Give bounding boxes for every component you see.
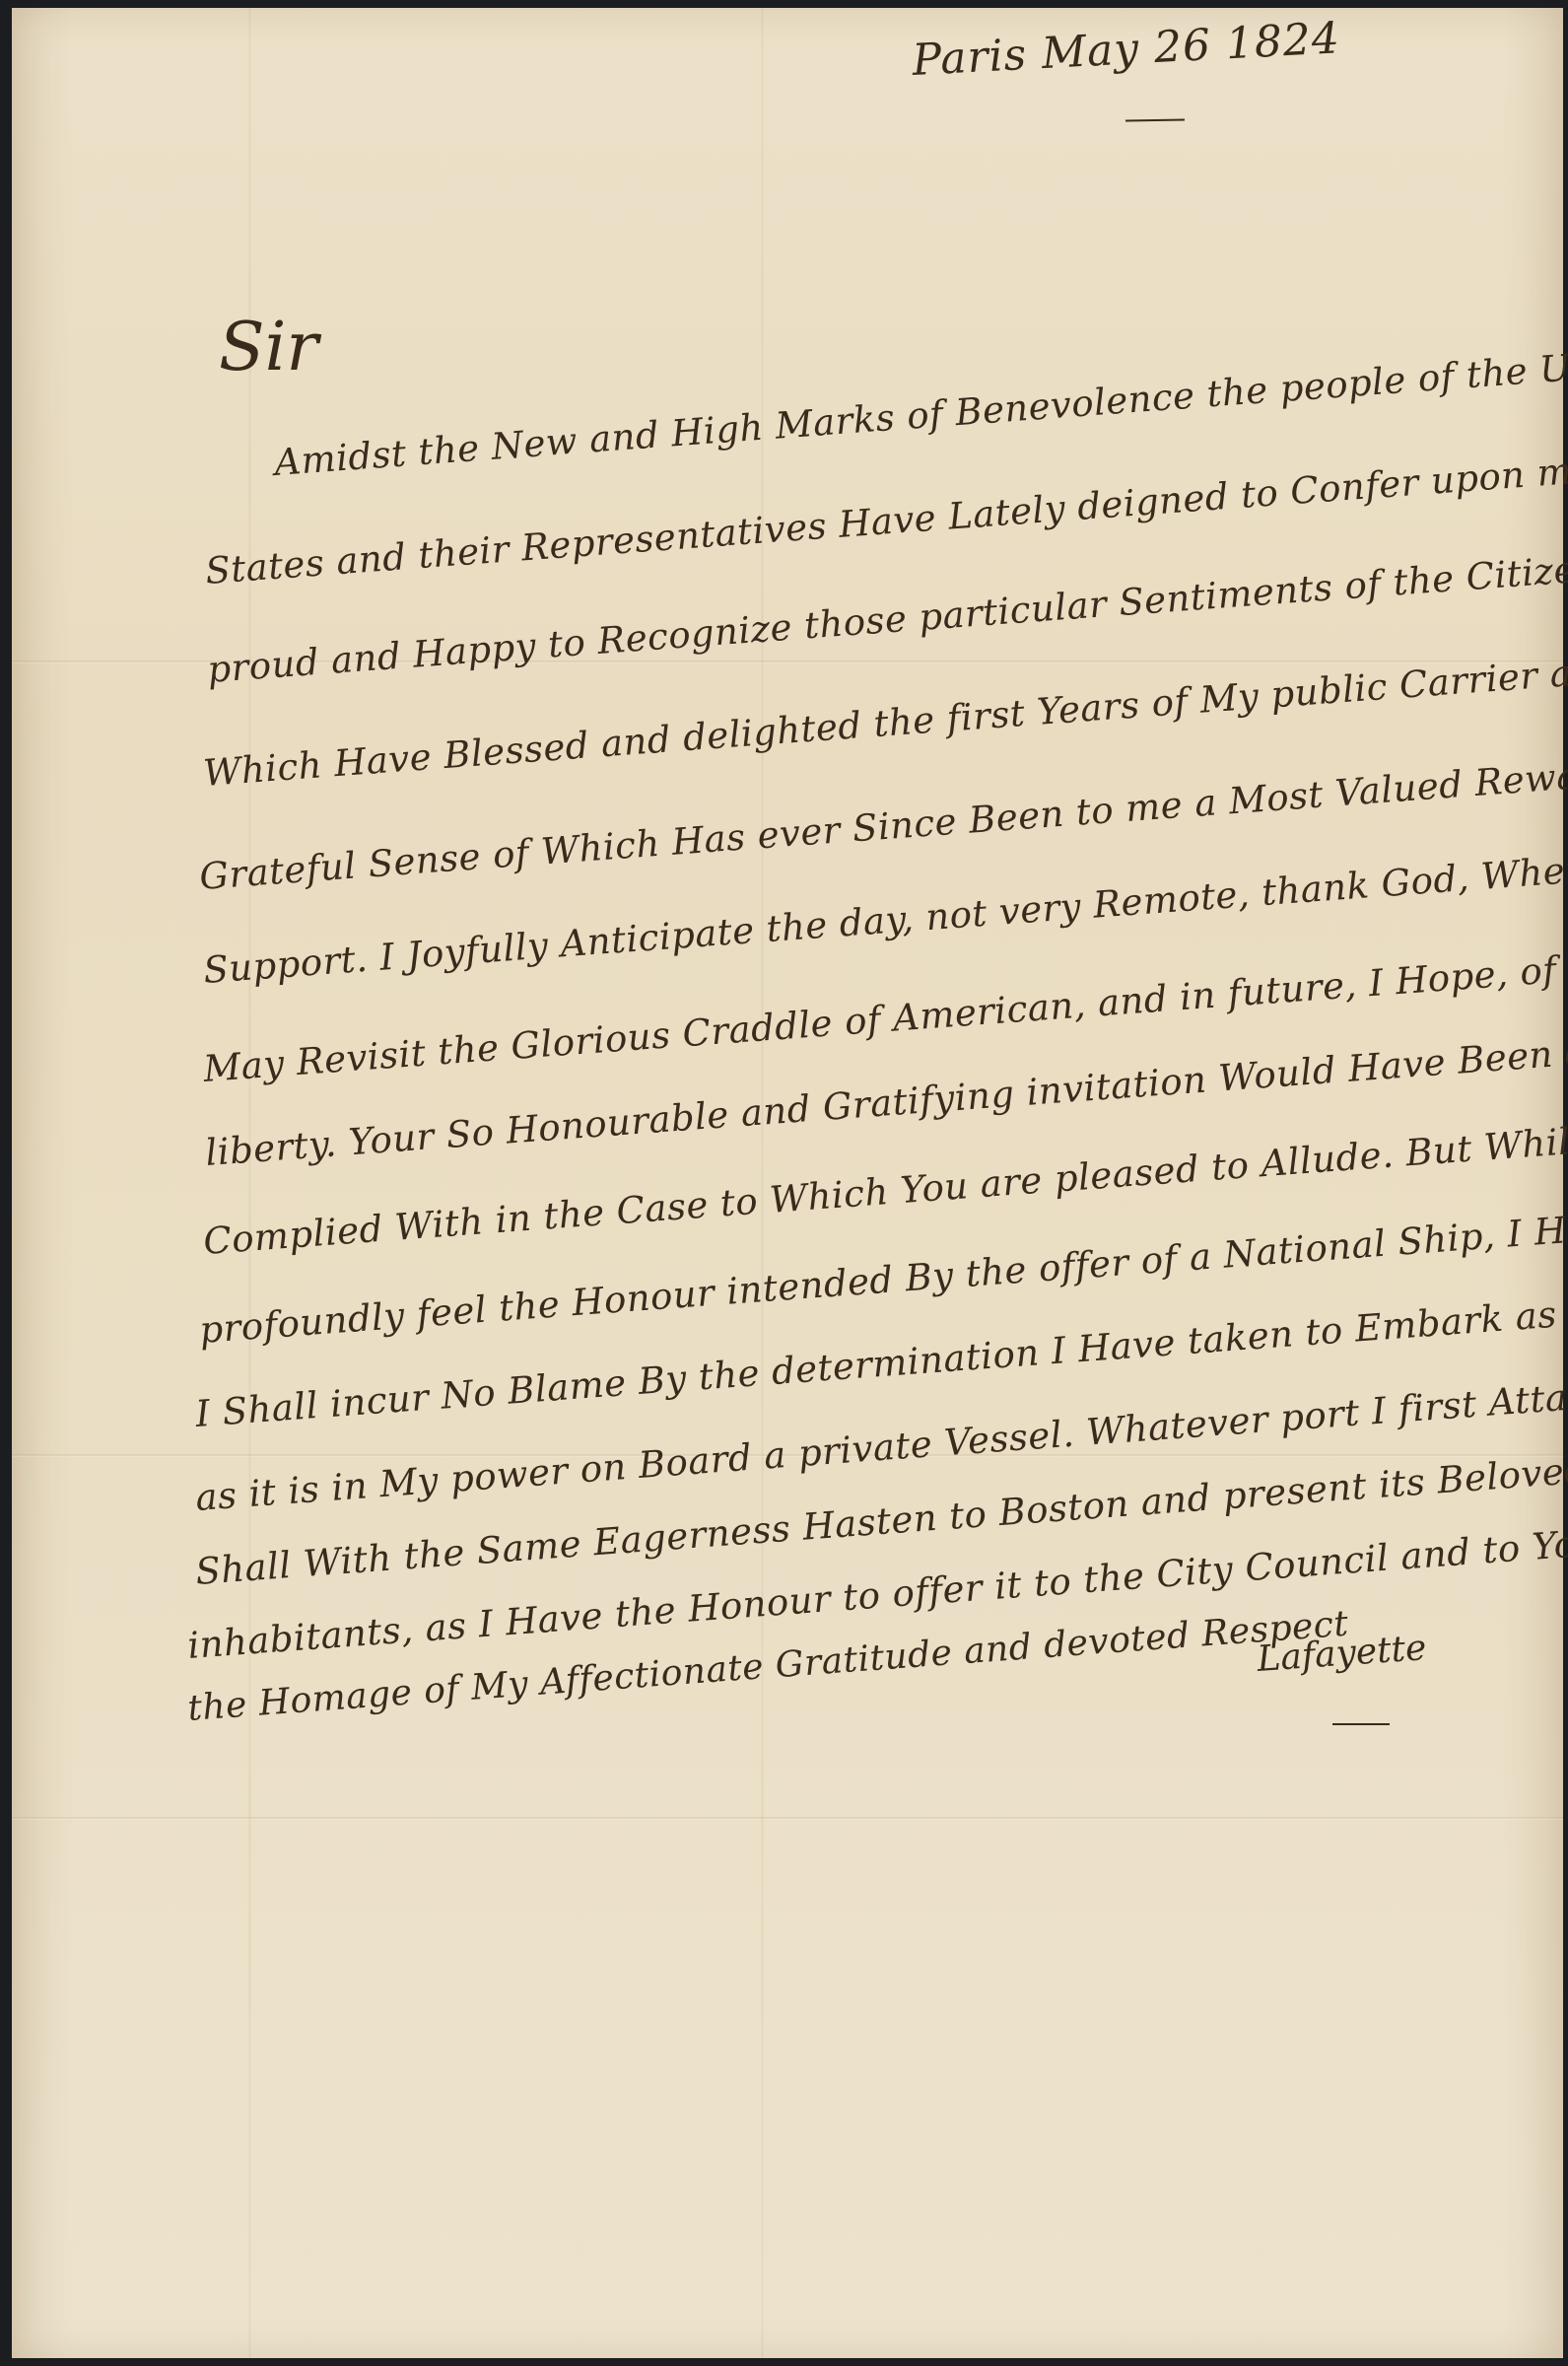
dateline-flourish <box>1125 118 1185 121</box>
fold-crease <box>12 1817 1563 1820</box>
letter-line: Amidst the New and High Marks of Benevol… <box>273 339 1568 484</box>
dateline: Paris May 26 1824 <box>911 13 1341 86</box>
salutation: Sir <box>219 309 318 386</box>
letter-page: Paris May 26 1824 Sir Amidst the New and… <box>12 8 1563 2358</box>
signature-flourish <box>1332 1723 1390 1725</box>
